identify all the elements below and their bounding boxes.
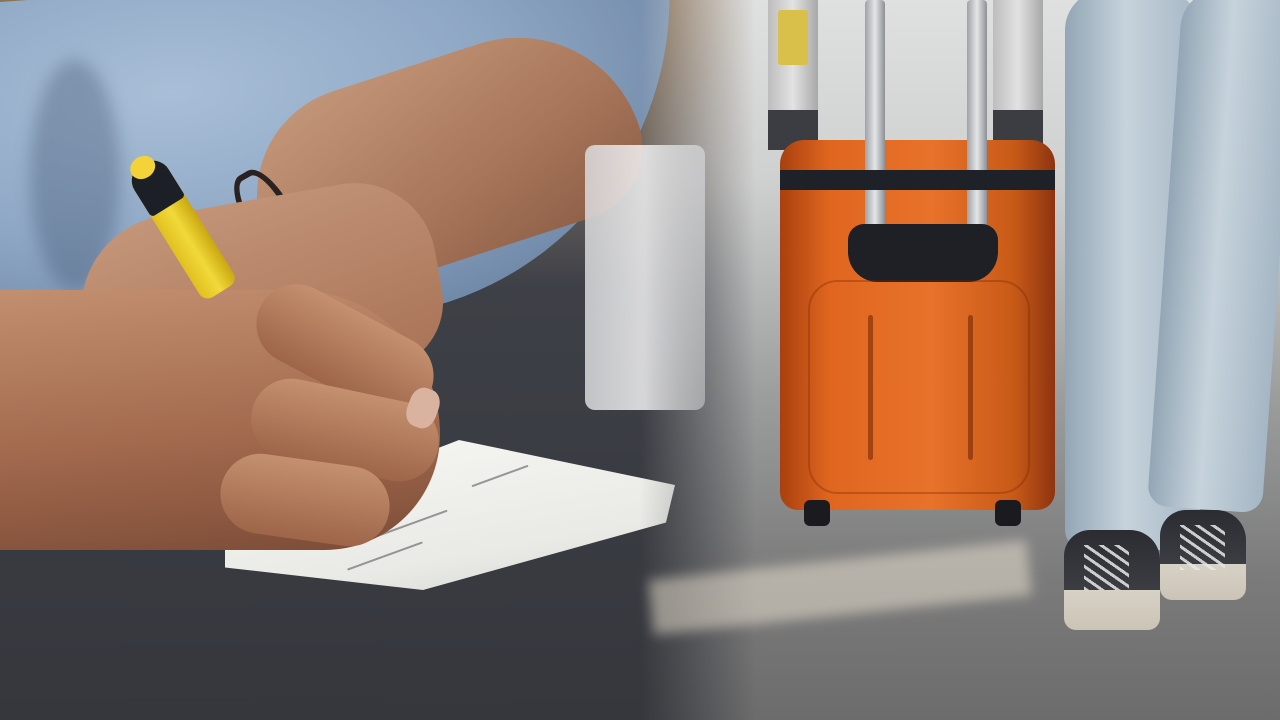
sneaker [1160,510,1246,600]
suitcase-zipper [780,170,1055,190]
trolley-pole [865,0,885,262]
pillar [768,0,818,150]
pillar-sign [778,10,808,65]
sneaker-laces [1180,525,1225,570]
handle-housing [848,224,998,282]
trolley-pole [967,0,987,262]
photo [0,0,1280,720]
sneaker [1064,530,1160,630]
suitcase-groove [968,315,973,460]
sneaker-laces [1084,545,1129,590]
suitcase-panel [808,280,1030,494]
suitcase-wheel [995,500,1021,526]
suitcase-wheel [804,500,830,526]
orange-suitcase [780,140,1055,510]
pillar [993,0,1043,150]
suitcase-groove [868,315,873,460]
